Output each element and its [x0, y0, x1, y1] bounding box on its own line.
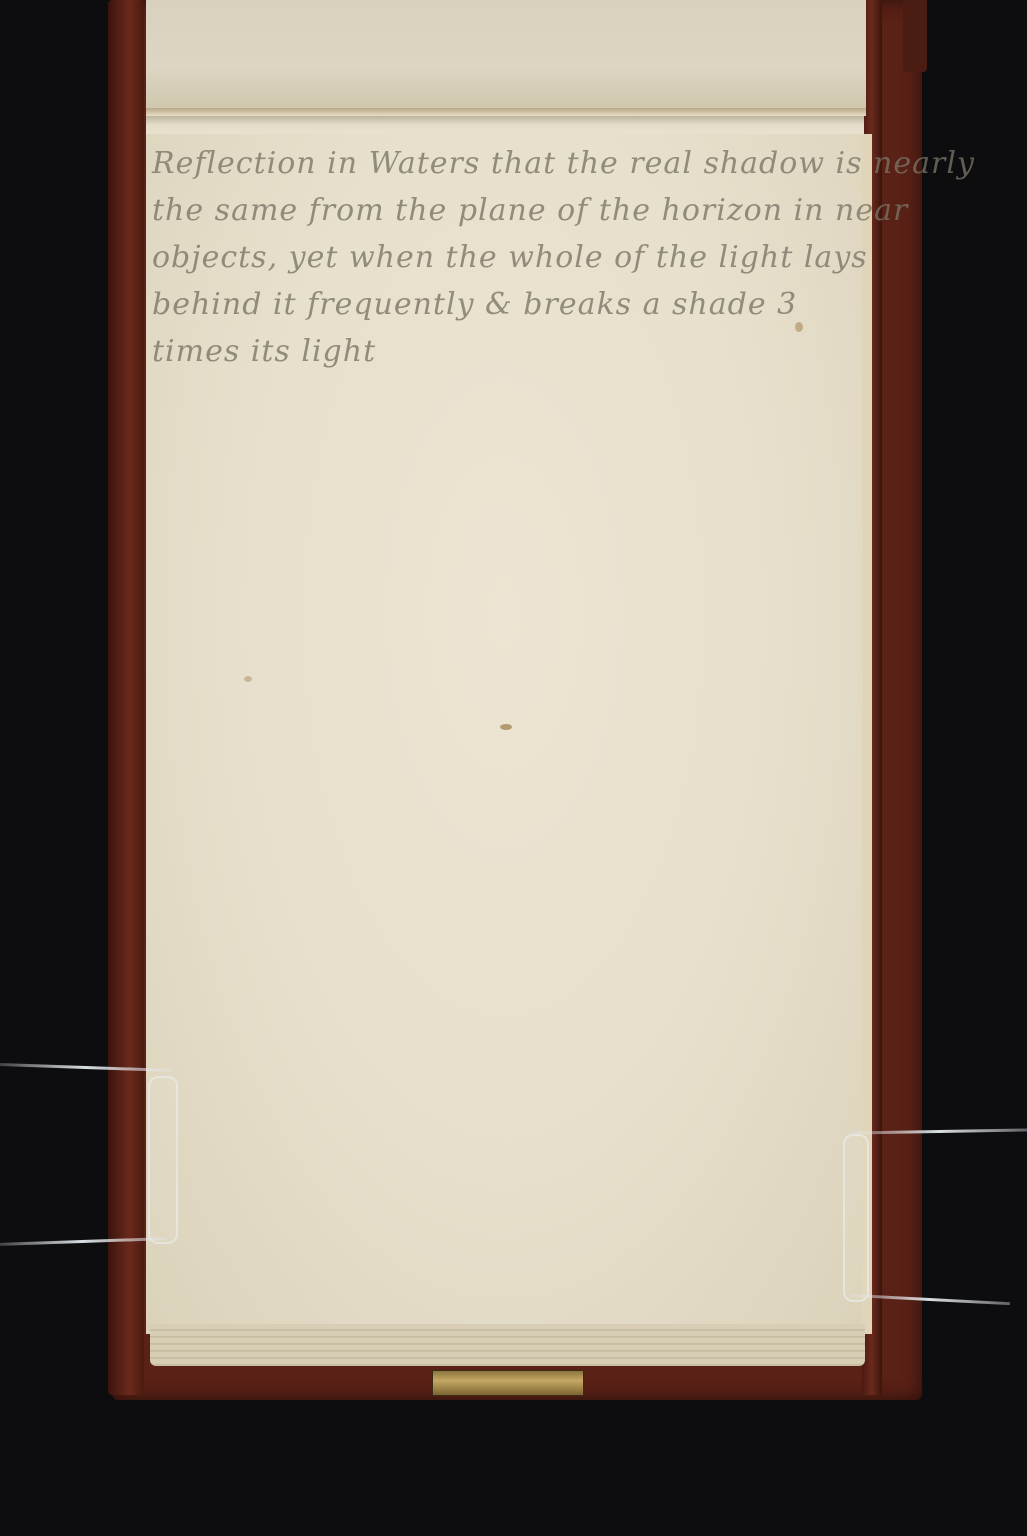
paper-stain — [500, 724, 512, 730]
handwriting-line-4: behind it frequently & breaks a shade 3 — [152, 281, 842, 328]
handwriting-line-3: objects, yet when the whole of the light… — [152, 234, 842, 281]
handwritten-note: Reflection in Waters that the real shado… — [152, 140, 842, 375]
binding-left-edge — [108, 0, 144, 1395]
cover-tab — [903, 0, 927, 72]
folded-top-flap — [146, 0, 866, 112]
paper-stain — [244, 676, 252, 682]
right-page-clip — [843, 1134, 869, 1302]
brass-clasp — [432, 1370, 584, 1396]
left-page-clip — [148, 1076, 178, 1244]
page-block-edges — [150, 1324, 865, 1366]
paper-stain — [795, 322, 803, 332]
handwriting-line-2: the same from the plane of the horizon i… — [152, 187, 842, 234]
flap-crease — [146, 108, 866, 116]
handwriting-line-5: times its light — [152, 328, 842, 375]
handwriting-line-1: Reflection in Waters that the real shado… — [152, 140, 842, 187]
